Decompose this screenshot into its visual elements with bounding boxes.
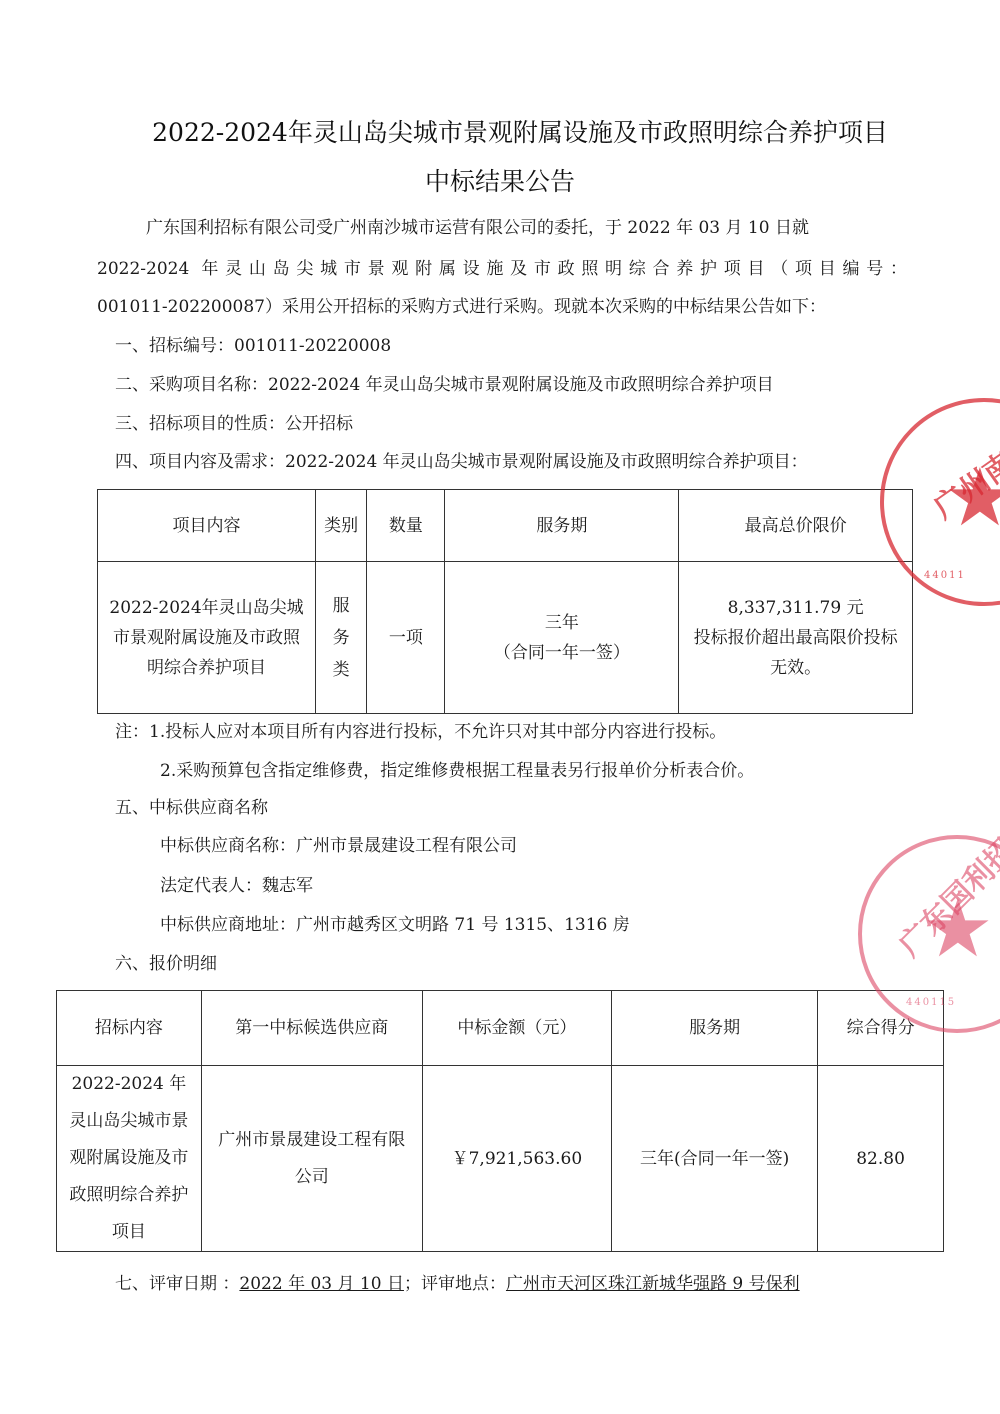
table-row: 2022-2024年灵山岛尖城市景观附属设施及市政照明综合养护项目 服务类 一项…	[98, 562, 913, 714]
cell-quantity: 一项	[367, 562, 445, 714]
winner-legal-rep: 法定代表人：魏志军	[160, 876, 313, 896]
winner-name: 中标供应商名称：广州市景晟建设工程有限公司	[160, 836, 517, 856]
header-supplier: 第一中标候选供应商	[201, 991, 422, 1066]
cell-period: 三年 （合同一年一签）	[445, 562, 679, 714]
cell-category: 服务类	[316, 562, 367, 714]
section-bid-number: 一、招标编号：001011-20220008	[115, 336, 391, 356]
table-header-row: 项目内容 类别 数量 服务期 最高总价限价	[98, 490, 913, 562]
note-2: 2.采购预算包含指定维修费，指定维修费根据工程量表另行报单价分析表合价。	[160, 761, 754, 781]
note-1: 注：1.投标人应对本项目所有内容进行投标，不允许只对其中部分内容进行投标。	[115, 722, 726, 742]
header-max-price: 最高总价限价	[679, 490, 913, 562]
header-bid-content: 招标内容	[57, 991, 202, 1066]
header-score: 综合得分	[818, 991, 944, 1066]
document-title-line1: 2022-2024年灵山岛尖城市景观附属设施及市政照明综合养护项目	[40, 113, 1000, 149]
intro-line2: 2022-2024 年灵山岛尖城市景观附属设施及市政照明综合养护项目（项目编号：	[97, 259, 907, 279]
cell-period: 三年(合同一年一签)	[612, 1066, 818, 1252]
section-price-details: 六、报价明细	[115, 954, 217, 974]
max-price-value: 8,337,311.79 元	[691, 593, 900, 623]
document-title-line2: 中标结果公告	[0, 162, 1000, 198]
seal-text: 广东国利招标	[887, 806, 1000, 964]
header-content: 项目内容	[98, 490, 316, 562]
review-date-label: 七、评审日期 ：	[115, 1274, 239, 1294]
review-date: 2022 年 03 月 10 日	[239, 1274, 404, 1294]
review-place-label: ；评审地点：	[404, 1274, 506, 1294]
seal-star-icon: ★	[922, 889, 994, 969]
section-project-name: 二、采购项目名称：2022-2024 年灵山岛尖城市景观附属设施及市政照明综合养…	[115, 375, 774, 395]
bid-result-table: 招标内容 第一中标候选供应商 中标金额（元） 服务期 综合得分 2022-202…	[56, 990, 944, 1252]
table-row: 2022-2024 年灵山岛尖城市景观附属设施及市政照明综合养护项目 广州市景晟…	[57, 1066, 944, 1252]
seal-star-icon: ★	[944, 458, 1000, 538]
cell-score: 82.80	[818, 1066, 944, 1252]
seal-text: 广州南沙城市运营	[923, 353, 1000, 527]
section-nature: 三、招标项目的性质：公开招标	[115, 414, 353, 434]
max-price-note: 投标报价超出最高限价投标无效。	[691, 623, 900, 683]
section-requirements: 四、项目内容及需求：2022-2024 年灵山岛尖城市景观附属设施及市政照明综合…	[115, 452, 808, 472]
header-amount: 中标金额（元）	[422, 991, 611, 1066]
requirements-table: 项目内容 类别 数量 服务期 最高总价限价 2022-2024年灵山岛尖城市景观…	[97, 489, 913, 714]
section-review: 七、评审日期 ：2022 年 03 月 10 日；评审地点：广州市天河区珠江新城…	[115, 1274, 800, 1294]
cell-amount: ￥7,921,563.60	[422, 1066, 611, 1252]
header-period: 服务期	[445, 490, 679, 562]
header-period: 服务期	[612, 991, 818, 1066]
table-header-row: 招标内容 第一中标候选供应商 中标金额（元） 服务期 综合得分	[57, 991, 944, 1066]
seal-number: 44011	[924, 570, 966, 581]
cell-bid-content: 2022-2024 年灵山岛尖城市景观附属设施及市政照明综合养护项目	[57, 1066, 202, 1252]
period-line1: 三年	[449, 608, 674, 638]
header-quantity: 数量	[367, 490, 445, 562]
period-line2: （合同一年一签）	[449, 638, 674, 668]
winner-address: 中标供应商地址：广州市越秀区文明路 71 号 1315、1316 房	[160, 915, 630, 935]
header-category: 类别	[316, 490, 367, 562]
section-winner-heading: 五、中标供应商名称	[115, 798, 268, 818]
cell-supplier: 广州市景晟建设工程有限公司	[201, 1066, 422, 1252]
intro-line1: 广东国利招标有限公司受广州南沙城市运营有限公司的委托，于 2022 年 03 月…	[146, 218, 809, 238]
cell-max-price: 8,337,311.79 元 投标报价超出最高限价投标无效。	[679, 562, 913, 714]
review-place: 广州市天河区珠江新城华强路 9 号保利	[506, 1274, 800, 1294]
cell-content: 2022-2024年灵山岛尖城市景观附属设施及市政照明综合养护项目	[98, 562, 316, 714]
intro-line3: 001011-202200087）采用公开招标的采购方式进行采购。现就本次采购的…	[97, 297, 826, 317]
